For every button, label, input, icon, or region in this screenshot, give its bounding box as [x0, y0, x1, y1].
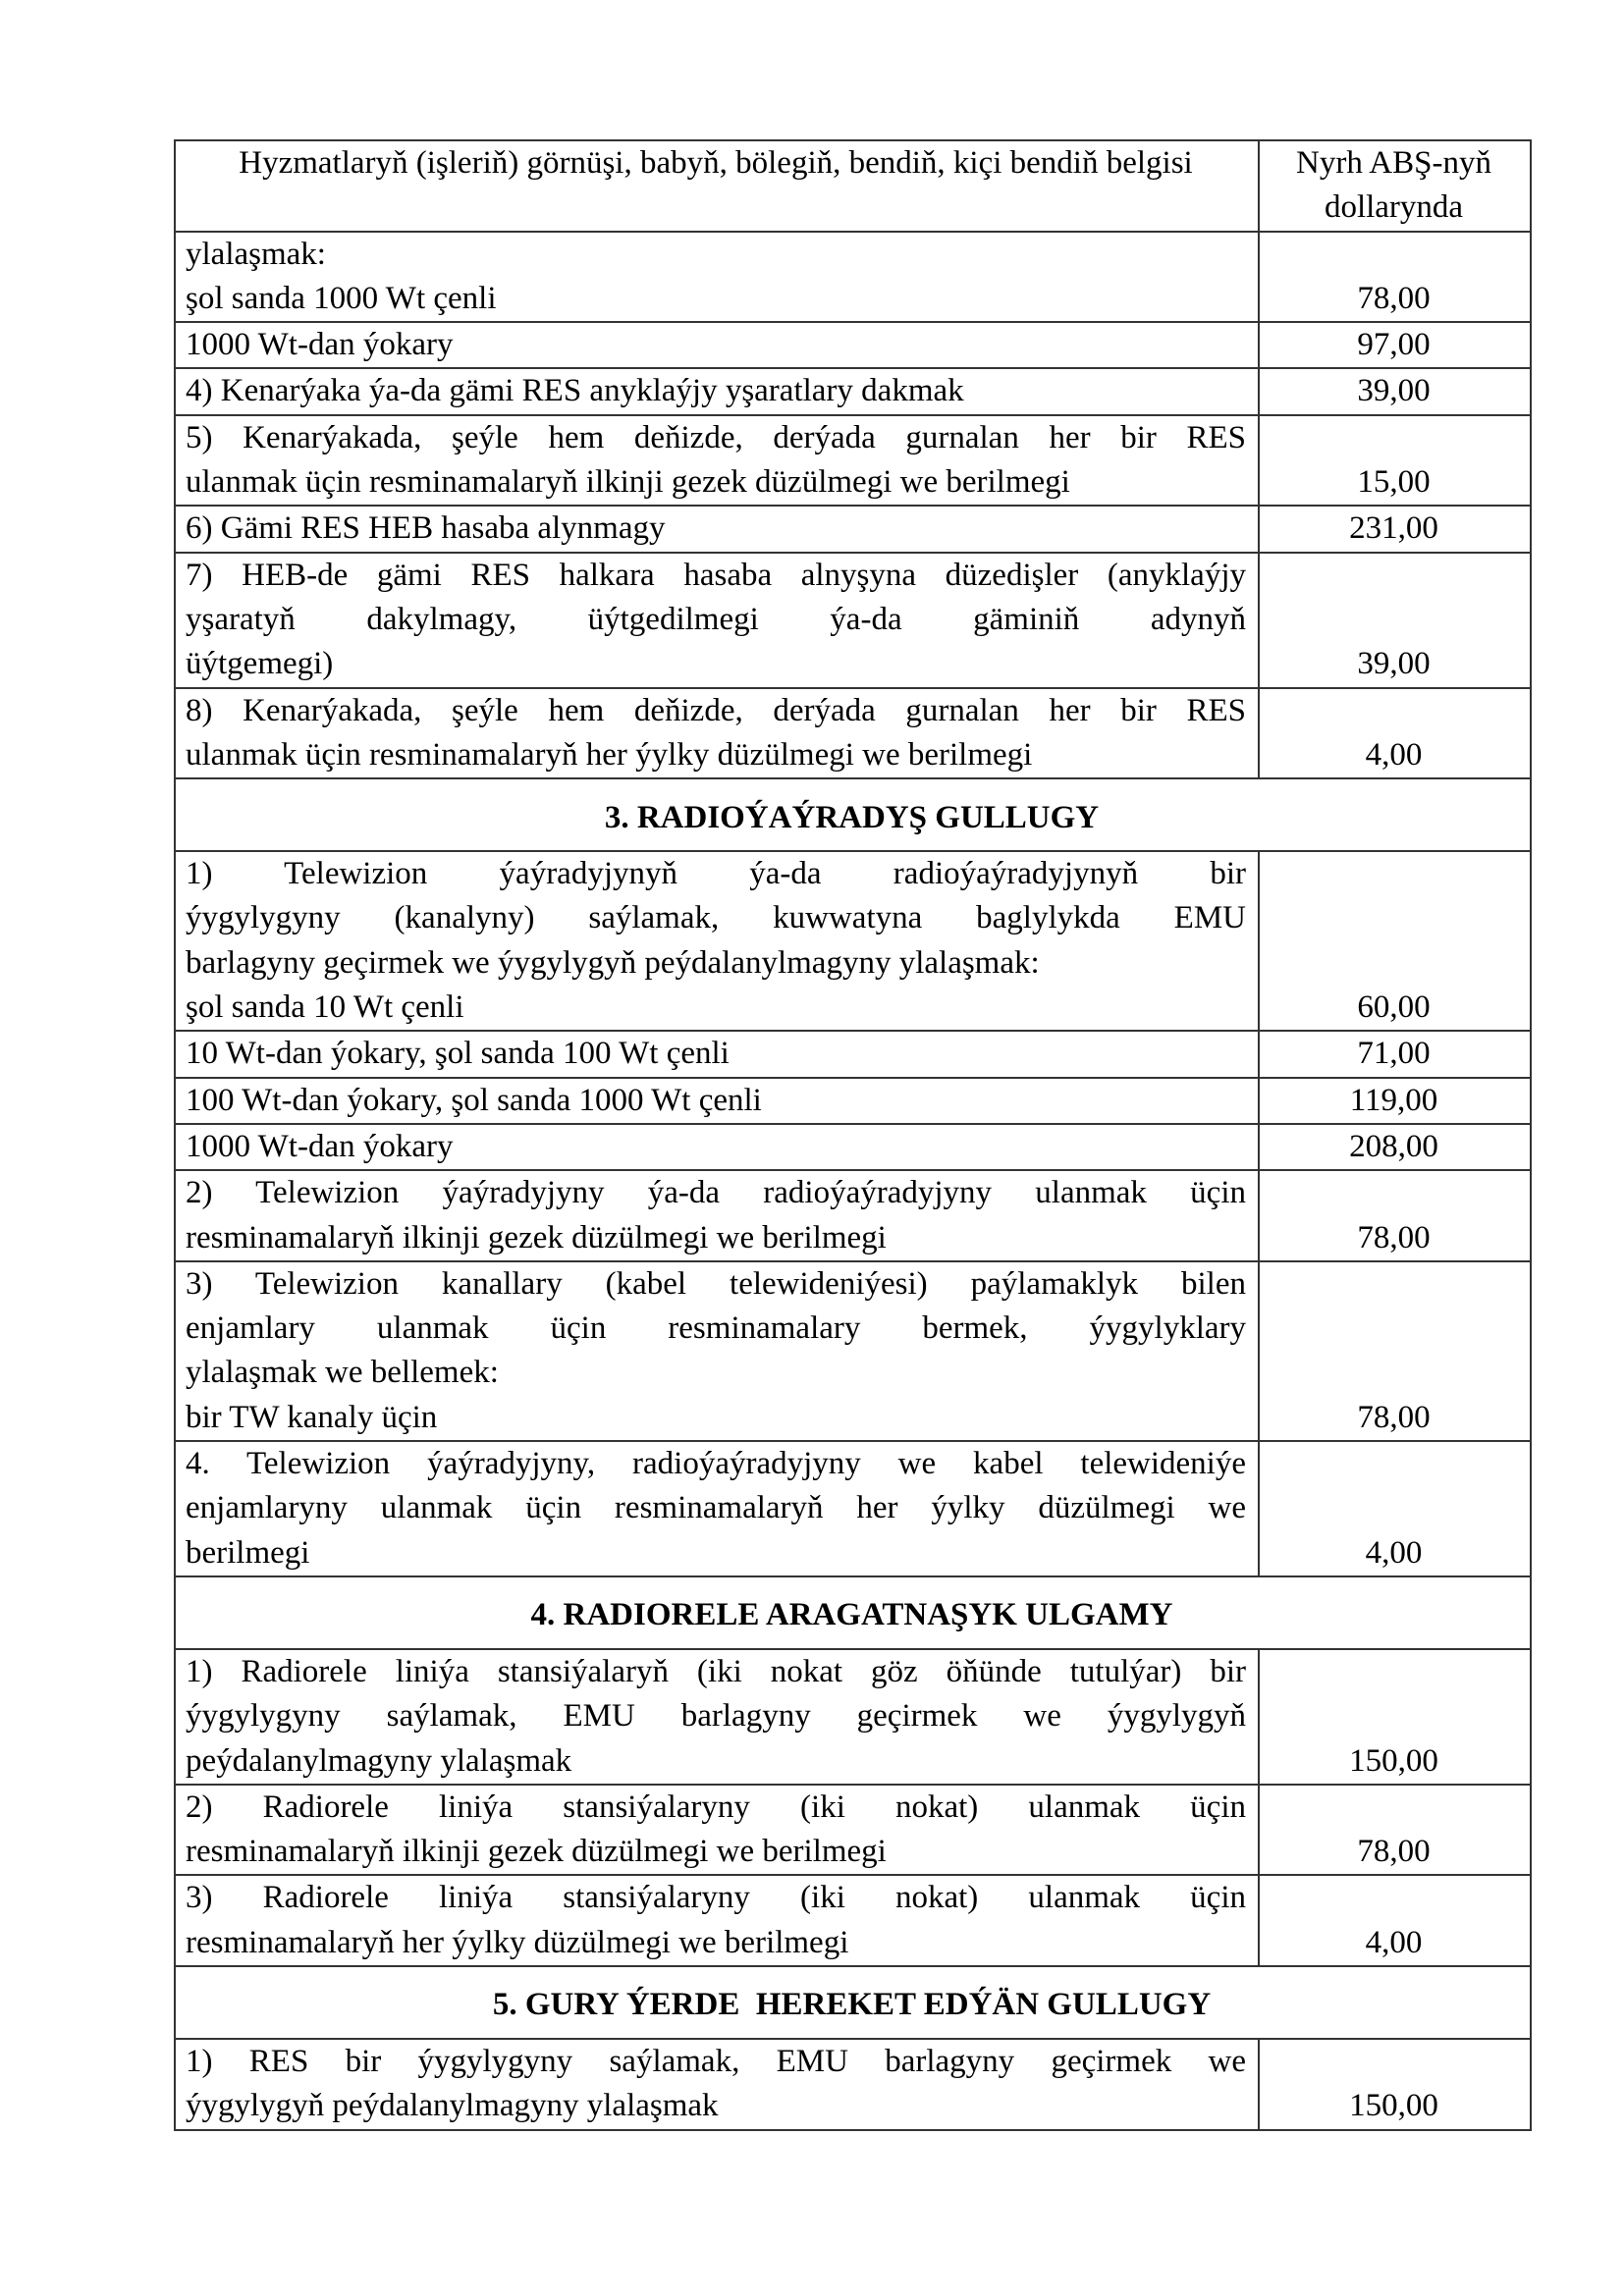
table-row: 2) Radiorele liniýa stansiýalaryny (iki … — [175, 1785, 1531, 1876]
document-page: Hyzmatlaryň (işleriň) görnüşi, babyň, bö… — [174, 139, 1530, 2131]
table-row: 3) Radiorele liniýa stansiýalaryny (iki … — [175, 1875, 1531, 1966]
description-line: peýdalanylmagyny ylalaşmak — [186, 1739, 1246, 1784]
description-line: resminamalaryň her ýylky düzülmegi we be… — [186, 1921, 1246, 1965]
description-line: 1000 Wt-dan ýokary — [186, 323, 1246, 367]
service-description: 4) Kenarýaka ýa-da gämi RES anyklaýjy yş… — [175, 368, 1259, 414]
table-row: 1000 Wt-dan ýokary97,00 — [175, 322, 1531, 368]
table-row: 10 Wt-dan ýokary, şol sanda 100 Wt çenli… — [175, 1031, 1531, 1077]
service-description: 1) Radiorele liniýa stansiýalaryň (iki n… — [175, 1649, 1259, 1785]
service-description: 3) Telewizion kanallary (kabel telewiden… — [175, 1261, 1259, 1441]
description-line: ulanmak üçin resminamalaryň her ýylky dü… — [186, 733, 1246, 777]
description-line: 4. Telewizion ýaýradyjyny, radioýaýradyj… — [186, 1442, 1246, 1486]
header-description: Hyzmatlaryň (işleriň) görnüşi, babyň, bö… — [175, 140, 1259, 232]
description-line: 8) Kenarýakada, şeýle hem deňizde, derýa… — [186, 689, 1246, 733]
section-title: 5. GURY ÝERDE HEREKET EDÝÄN GULLUGY — [175, 1966, 1531, 2039]
price-value: 150,00 — [1259, 1649, 1531, 1785]
description-line: barlagyny geçirmek we ýygylygyň peýdalan… — [186, 941, 1246, 986]
description-line: ylalaşmak: — [186, 233, 1246, 277]
service-description: ylalaşmak:şol sanda 1000 Wt çenli — [175, 232, 1259, 323]
description-line: ýygylygyň peýdalanylmagyny ylalaşmak — [186, 2084, 1246, 2128]
price-value: 208,00 — [1259, 1124, 1531, 1170]
header-price: Nyrh ABŞ-nyň dollarynda — [1259, 140, 1531, 232]
service-description: 1000 Wt-dan ýokary — [175, 322, 1259, 368]
price-value: 71,00 — [1259, 1031, 1531, 1077]
price-value: 78,00 — [1259, 1261, 1531, 1441]
table-row: 6) Gämi RES HEB hasaba alynmagy231,00 — [175, 506, 1531, 552]
price-value: 15,00 — [1259, 415, 1531, 507]
service-description: 2) Telewizion ýaýradyjyny ýa-da radioýaý… — [175, 1170, 1259, 1261]
description-line: 3) Telewizion kanallary (kabel telewiden… — [186, 1262, 1246, 1307]
price-value: 78,00 — [1259, 1785, 1531, 1876]
table-row: 1) RES bir ýygylygyny saýlamak, EMU barl… — [175, 2039, 1531, 2130]
service-description: 3) Radiorele liniýa stansiýalaryny (iki … — [175, 1875, 1259, 1966]
service-description: 1000 Wt-dan ýokary — [175, 1124, 1259, 1170]
price-value: 39,00 — [1259, 368, 1531, 414]
description-line: ylalaşmak we bellemek: — [186, 1351, 1246, 1395]
description-line: 100 Wt-dan ýokary, şol sanda 1000 Wt çen… — [186, 1079, 1246, 1123]
price-value: 119,00 — [1259, 1078, 1531, 1124]
table-row: 100 Wt-dan ýokary, şol sanda 1000 Wt çen… — [175, 1078, 1531, 1124]
description-line: enjamlaryny ulanmak üçin resminamalaryň … — [186, 1486, 1246, 1530]
service-description: 6) Gämi RES HEB hasaba alynmagy — [175, 506, 1259, 552]
service-description: 8) Kenarýakada, şeýle hem deňizde, derýa… — [175, 688, 1259, 779]
description-line: 1000 Wt-dan ýokary — [186, 1125, 1246, 1169]
service-description: 2) Radiorele liniýa stansiýalaryny (iki … — [175, 1785, 1259, 1876]
service-description: 7) HEB-de gämi RES halkara hasaba alnyşy… — [175, 553, 1259, 688]
description-line: yşaratyň dakylmagy, üýtgedilmegi ýa-da g… — [186, 598, 1246, 642]
price-value: 60,00 — [1259, 851, 1531, 1031]
description-line: 1) RES bir ýygylygyny saýlamak, EMU barl… — [186, 2040, 1246, 2084]
description-line: 7) HEB-de gämi RES halkara hasaba alnyşy… — [186, 554, 1246, 598]
description-line: 1) Telewizion ýaýradyjynyň ýa-da radioýa… — [186, 852, 1246, 896]
description-line: 1) Radiorele liniýa stansiýalaryň (iki n… — [186, 1650, 1246, 1694]
table-row: 8) Kenarýakada, şeýle hem deňizde, derýa… — [175, 688, 1531, 779]
section-title: 3. RADIOÝAÝRADYŞ GULLUGY — [175, 778, 1531, 851]
price-value: 4,00 — [1259, 688, 1531, 779]
description-line: şol sanda 1000 Wt çenli — [186, 277, 1246, 321]
description-line: 3) Radiorele liniýa stansiýalaryny (iki … — [186, 1876, 1246, 1920]
description-line: 2) Telewizion ýaýradyjyny ýa-da radioýaý… — [186, 1171, 1246, 1215]
service-description: 1) RES bir ýygylygyny saýlamak, EMU barl… — [175, 2039, 1259, 2130]
table-body: ylalaşmak:şol sanda 1000 Wt çenli78,0010… — [175, 232, 1531, 2130]
description-line: üýtgemegi) — [186, 642, 1246, 686]
table-row: 5) Kenarýakada, şeýle hem deňizde, derýa… — [175, 415, 1531, 507]
description-line: 4) Kenarýaka ýa-da gämi RES anyklaýjy yş… — [186, 369, 1246, 413]
price-value: 4,00 — [1259, 1875, 1531, 1966]
description-line: ýygylygyny (kanalyny) saýlamak, kuwwatyn… — [186, 896, 1246, 940]
description-line: bir TW kanaly üçin — [186, 1396, 1246, 1440]
description-line: ulanmak üçin resminamalaryň ilkinji geze… — [186, 460, 1246, 505]
service-description: 5) Kenarýakada, şeýle hem deňizde, derýa… — [175, 415, 1259, 507]
service-description: 1) Telewizion ýaýradyjynyň ýa-da radioýa… — [175, 851, 1259, 1031]
section-title: 4. RADIORELE ARAGATNAŞYK ULGAMY — [175, 1576, 1531, 1649]
service-description: 10 Wt-dan ýokary, şol sanda 100 Wt çenli — [175, 1031, 1259, 1077]
table-row: 3) Telewizion kanallary (kabel telewiden… — [175, 1261, 1531, 1441]
table-header-row: Hyzmatlaryň (işleriň) görnüşi, babyň, bö… — [175, 140, 1531, 232]
price-value: 231,00 — [1259, 506, 1531, 552]
description-line: resminamalaryň ilkinji gezek düzülmegi w… — [186, 1216, 1246, 1260]
description-line: resminamalaryň ilkinji gezek düzülmegi w… — [186, 1830, 1246, 1874]
table-row: 7) HEB-de gämi RES halkara hasaba alnyşy… — [175, 553, 1531, 688]
price-value: 97,00 — [1259, 322, 1531, 368]
description-line: enjamlary ulanmak üçin resminamalary ber… — [186, 1307, 1246, 1351]
section-heading-row: 5. GURY ÝERDE HEREKET EDÝÄN GULLUGY — [175, 1966, 1531, 2039]
price-value: 39,00 — [1259, 553, 1531, 688]
description-line: 6) Gämi RES HEB hasaba alynmagy — [186, 507, 1246, 551]
table-row: 1000 Wt-dan ýokary208,00 — [175, 1124, 1531, 1170]
price-value: 4,00 — [1259, 1441, 1531, 1576]
table-row: 1) Radiorele liniýa stansiýalaryň (iki n… — [175, 1649, 1531, 1785]
tariff-table: Hyzmatlaryň (işleriň) görnüşi, babyň, bö… — [174, 139, 1532, 2131]
table-row: 1) Telewizion ýaýradyjynyň ýa-da radioýa… — [175, 851, 1531, 1031]
description-line: 2) Radiorele liniýa stansiýalaryny (iki … — [186, 1786, 1246, 1830]
table-row: 2) Telewizion ýaýradyjyny ýa-da radioýaý… — [175, 1170, 1531, 1261]
service-description: 4. Telewizion ýaýradyjyny, radioýaýradyj… — [175, 1441, 1259, 1576]
price-value: 78,00 — [1259, 1170, 1531, 1261]
description-line: berilmegi — [186, 1531, 1246, 1575]
table-row: ylalaşmak:şol sanda 1000 Wt çenli78,00 — [175, 232, 1531, 323]
service-description: 100 Wt-dan ýokary, şol sanda 1000 Wt çen… — [175, 1078, 1259, 1124]
description-line: şol sanda 10 Wt çenli — [186, 986, 1246, 1030]
description-line: 10 Wt-dan ýokary, şol sanda 100 Wt çenli — [186, 1032, 1246, 1076]
section-heading-row: 3. RADIOÝAÝRADYŞ GULLUGY — [175, 778, 1531, 851]
price-value: 78,00 — [1259, 232, 1531, 323]
table-row: 4. Telewizion ýaýradyjyny, radioýaýradyj… — [175, 1441, 1531, 1576]
description-line: 5) Kenarýakada, şeýle hem deňizde, derýa… — [186, 416, 1246, 460]
price-value: 150,00 — [1259, 2039, 1531, 2130]
section-heading-row: 4. RADIORELE ARAGATNAŞYK ULGAMY — [175, 1576, 1531, 1649]
table-row: 4) Kenarýaka ýa-da gämi RES anyklaýjy yş… — [175, 368, 1531, 414]
description-line: ýygylygyny saýlamak, EMU barlagyny geçir… — [186, 1694, 1246, 1738]
